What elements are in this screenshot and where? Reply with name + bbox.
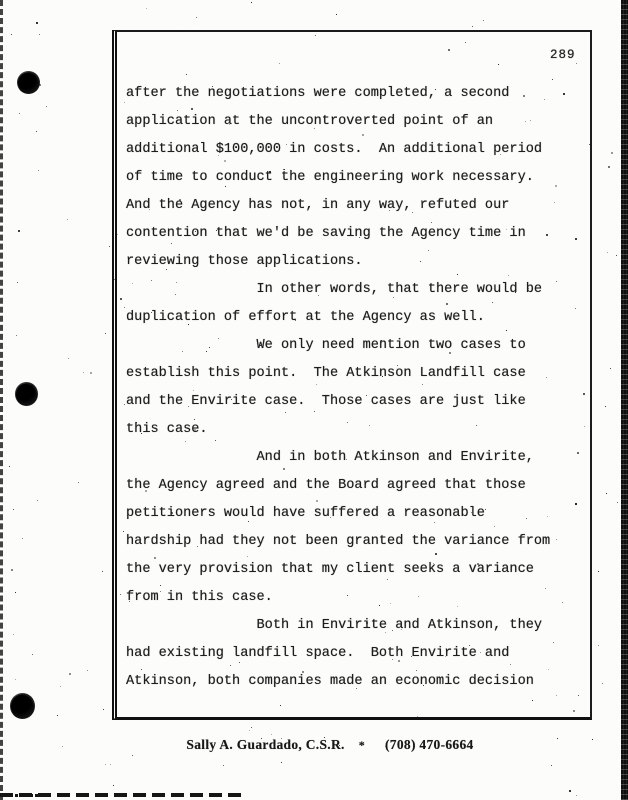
transcript-line: petitioners would have suffered a reason… — [126, 500, 588, 528]
transcript-line: reviewing those applications. — [126, 248, 588, 276]
page-number: 289 — [550, 48, 576, 62]
transcript-line: this case. — [126, 416, 588, 444]
transcript-line: hardship had they not been granted the v… — [126, 528, 588, 556]
transcript-line: We only need mention two cases to — [126, 332, 588, 360]
hole-punch-dot-top — [17, 71, 40, 94]
footer-separator: * — [359, 738, 365, 752]
hole-punch-dot-bottom — [10, 693, 35, 719]
scan-bottom-edge-artifact-start — [0, 794, 40, 797]
transcript-line: And the Agency has not, in any way, refu… — [126, 192, 588, 220]
transcript-line: Both in Envirite and Atkinson, they — [126, 612, 588, 640]
transcript-line: application at the uncontroverted point … — [126, 108, 588, 136]
transcript-line: of time to conduct the engineering work … — [126, 164, 588, 192]
transcript-line: and the Envirite case. Those cases are j… — [126, 388, 588, 416]
transcript-line: had existing landfill space. Both Enviri… — [126, 640, 588, 668]
transcript-line: additional $100,000 in costs. An additio… — [126, 136, 588, 164]
reporter-name: Sally A. Guardado, C.S.R. — [186, 737, 344, 752]
reporter-footer: Sally A. Guardado, C.S.R.*(708) 470-6664 — [88, 737, 572, 753]
transcript-body: after the negotiations were completed, a… — [126, 80, 588, 696]
transcript-line: establish this point. The Atkinson Landf… — [126, 360, 588, 388]
transcript-line: contention that we'd be saving the Agenc… — [126, 220, 588, 248]
reporter-phone: (708) 470-6664 — [385, 737, 474, 752]
transcript-line: from in this case. — [126, 584, 588, 612]
scanned-transcript-page: 289 after the negotiations were complete… — [0, 0, 628, 800]
transcript-line: the Agency agreed and the Board agreed t… — [126, 472, 588, 500]
transcript-line: Atkinson, both companies made an economi… — [126, 668, 588, 696]
transcript-line: the very provision that my client seeks … — [126, 556, 588, 584]
hole-punch-dot-middle — [15, 382, 38, 406]
transcript-line: duplication of effort at the Agency as w… — [126, 304, 588, 332]
scan-right-edge-band — [621, 0, 628, 800]
transcript-line: In other words, that there would be — [126, 276, 588, 304]
scan-left-edge-artifact — [0, 0, 3, 800]
transcript-line: And in both Atkinson and Envirite, — [126, 444, 588, 472]
transcript-line: after the negotiations were completed, a… — [126, 80, 588, 108]
